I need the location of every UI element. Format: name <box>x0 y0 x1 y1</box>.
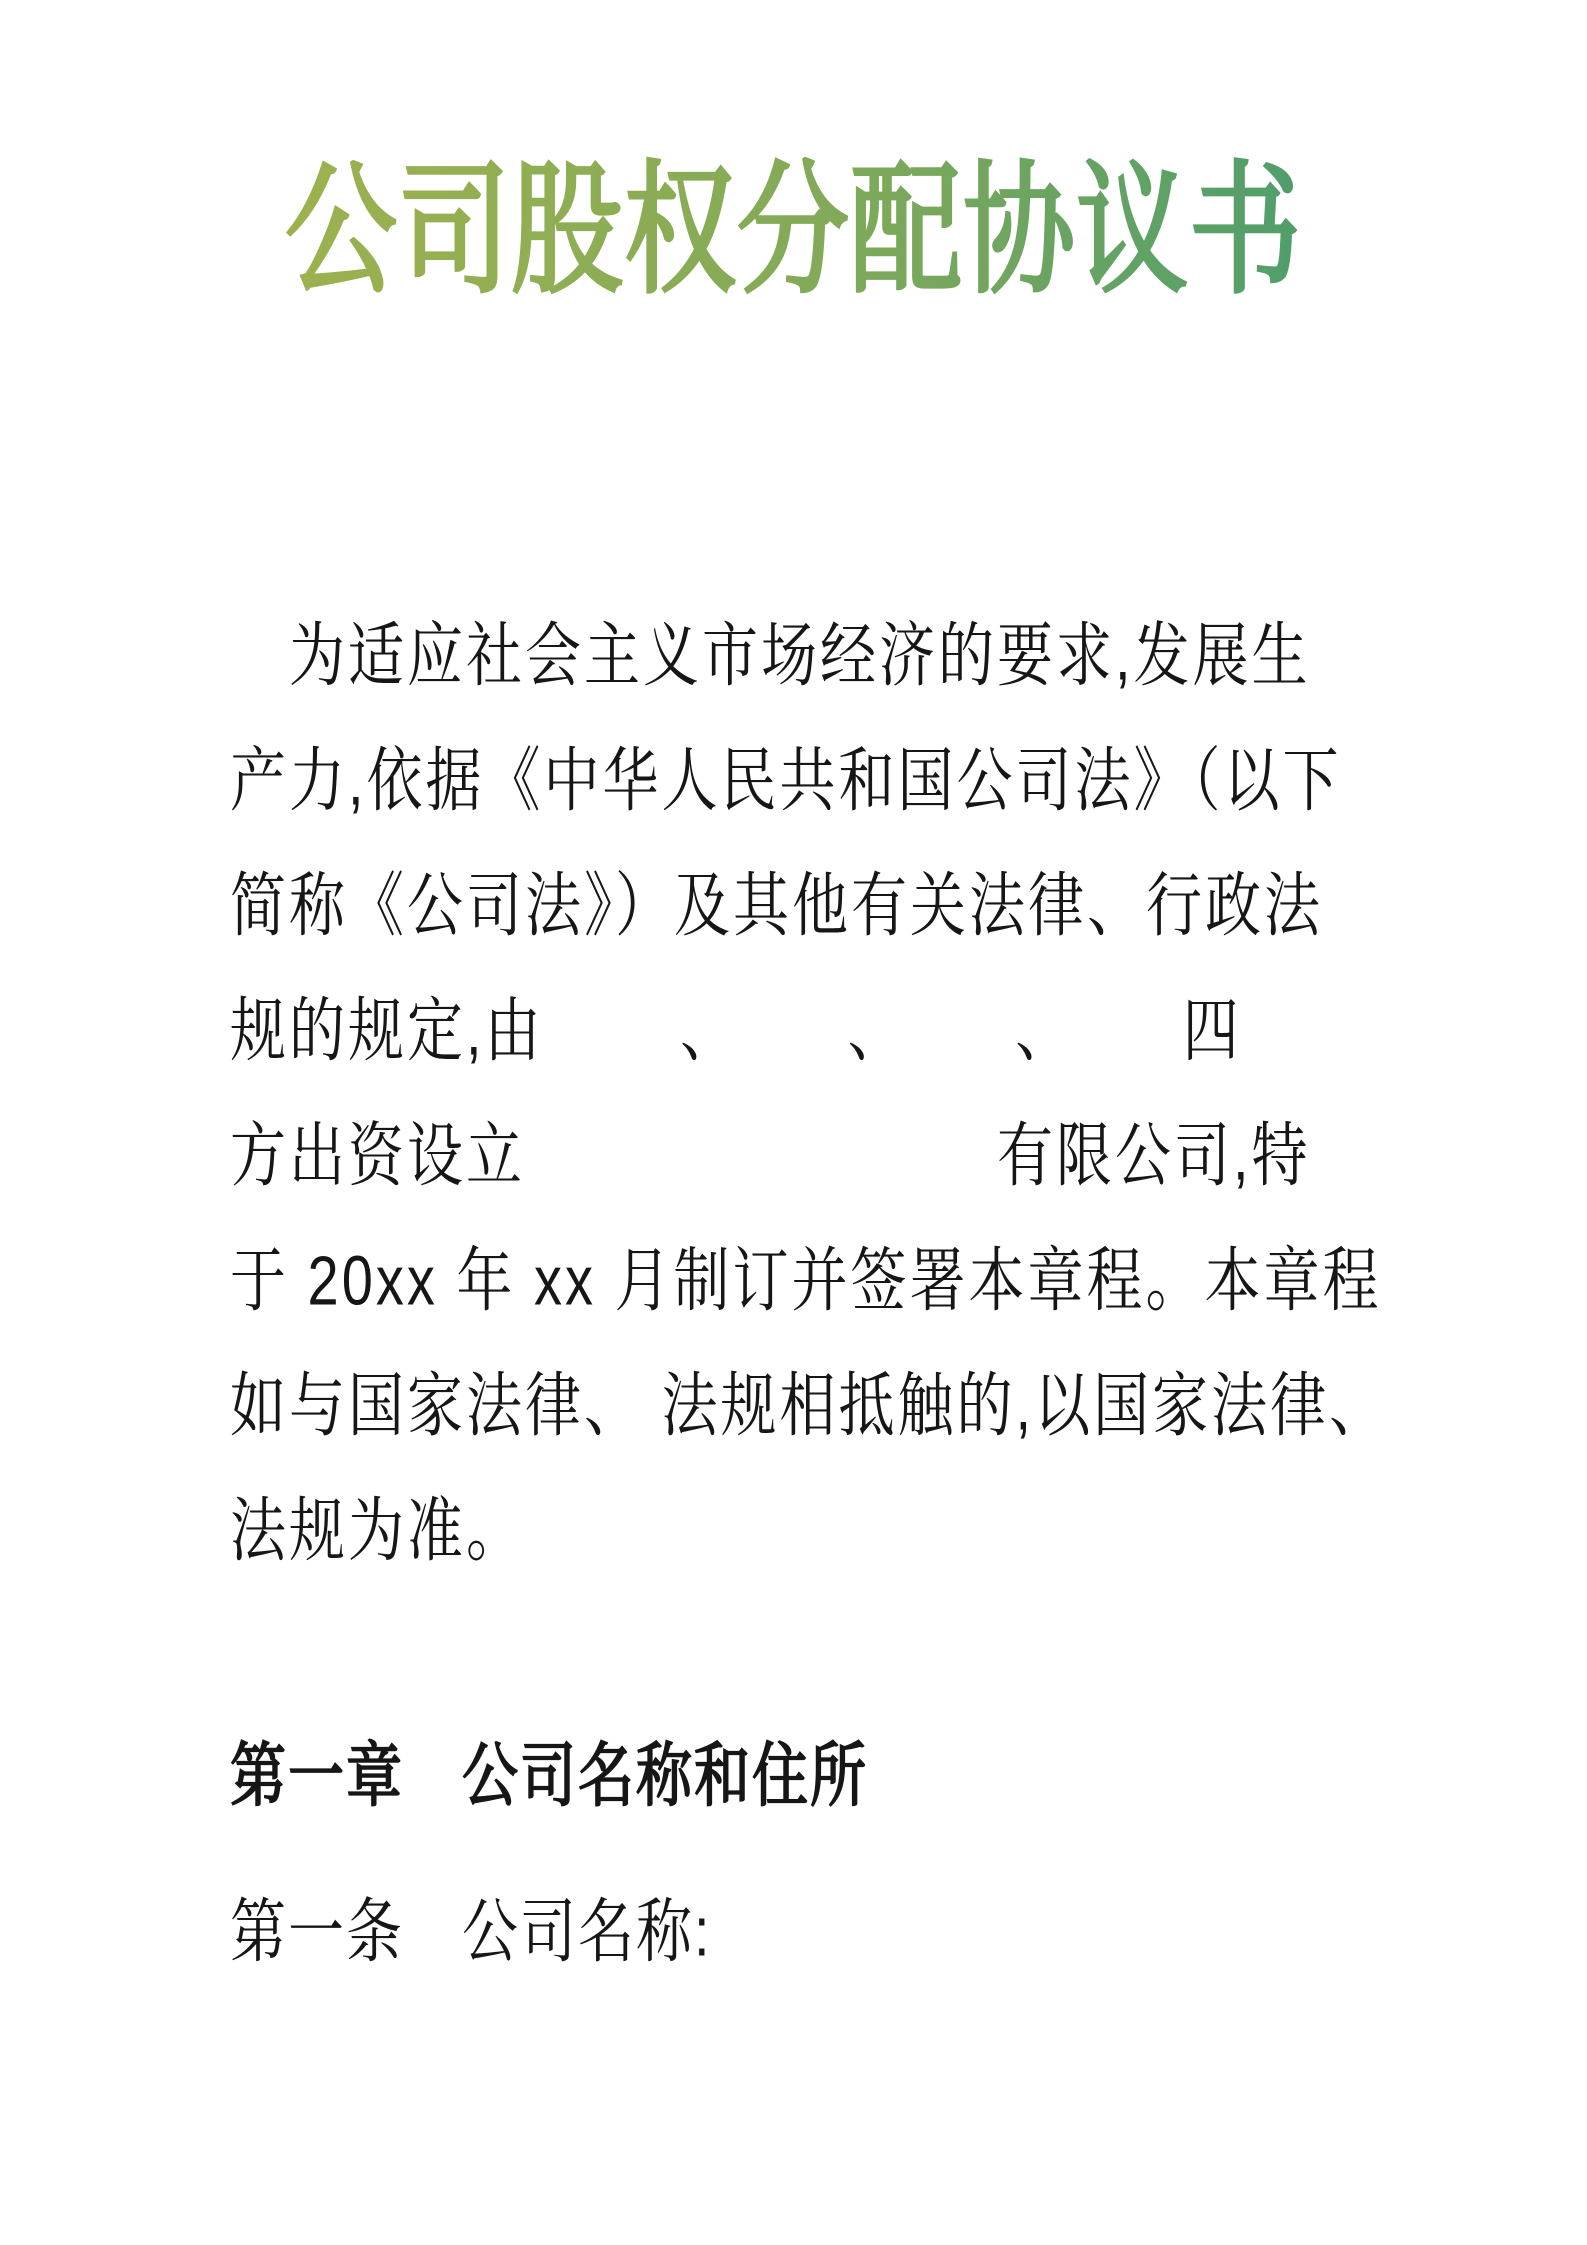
paragraph-line: 简称《公司法》）及其他有关法律、行政法 <box>230 843 1360 968</box>
paragraph-line: 法规为准。 <box>230 1468 1360 1593</box>
intro-paragraph: 为适应社会主义市场经济的要求,发展生 产力,依据《中华人民共和国公司法》（以下 … <box>230 593 1360 1593</box>
paragraph-line: 为适应社会主义市场经济的要求,发展生 <box>230 593 1360 718</box>
paragraph-line: 产力,依据《中华人民共和国公司法》（以下 <box>230 718 1360 843</box>
paragraph-line: 于 20xx 年 xx 月制订并签署本章程。本章程 <box>230 1218 1360 1343</box>
paragraph-line: 方出资设立 有限公司,特 <box>230 1093 1360 1218</box>
chapter-heading: 第一章 公司名称和住所 <box>230 1713 1360 1838</box>
document-page: 公司股权分配协议书 为适应社会主义市场经济的要求,发展生 产力,依据《中华人民共… <box>0 0 1587 2245</box>
paragraph-line: 规的规定,由 、 、 、 四 <box>230 968 1360 1093</box>
document-title: 公司股权分配协议书 <box>0 152 1587 310</box>
paragraph-line: 如与国家法律、 法规相抵触的,以国家法律、 <box>230 1343 1360 1468</box>
chapter-1-section: 第一章 公司名称和住所 第一条 公司名称: <box>230 1713 1360 1994</box>
article-title: 第一条 公司名称: <box>230 1869 1360 1994</box>
